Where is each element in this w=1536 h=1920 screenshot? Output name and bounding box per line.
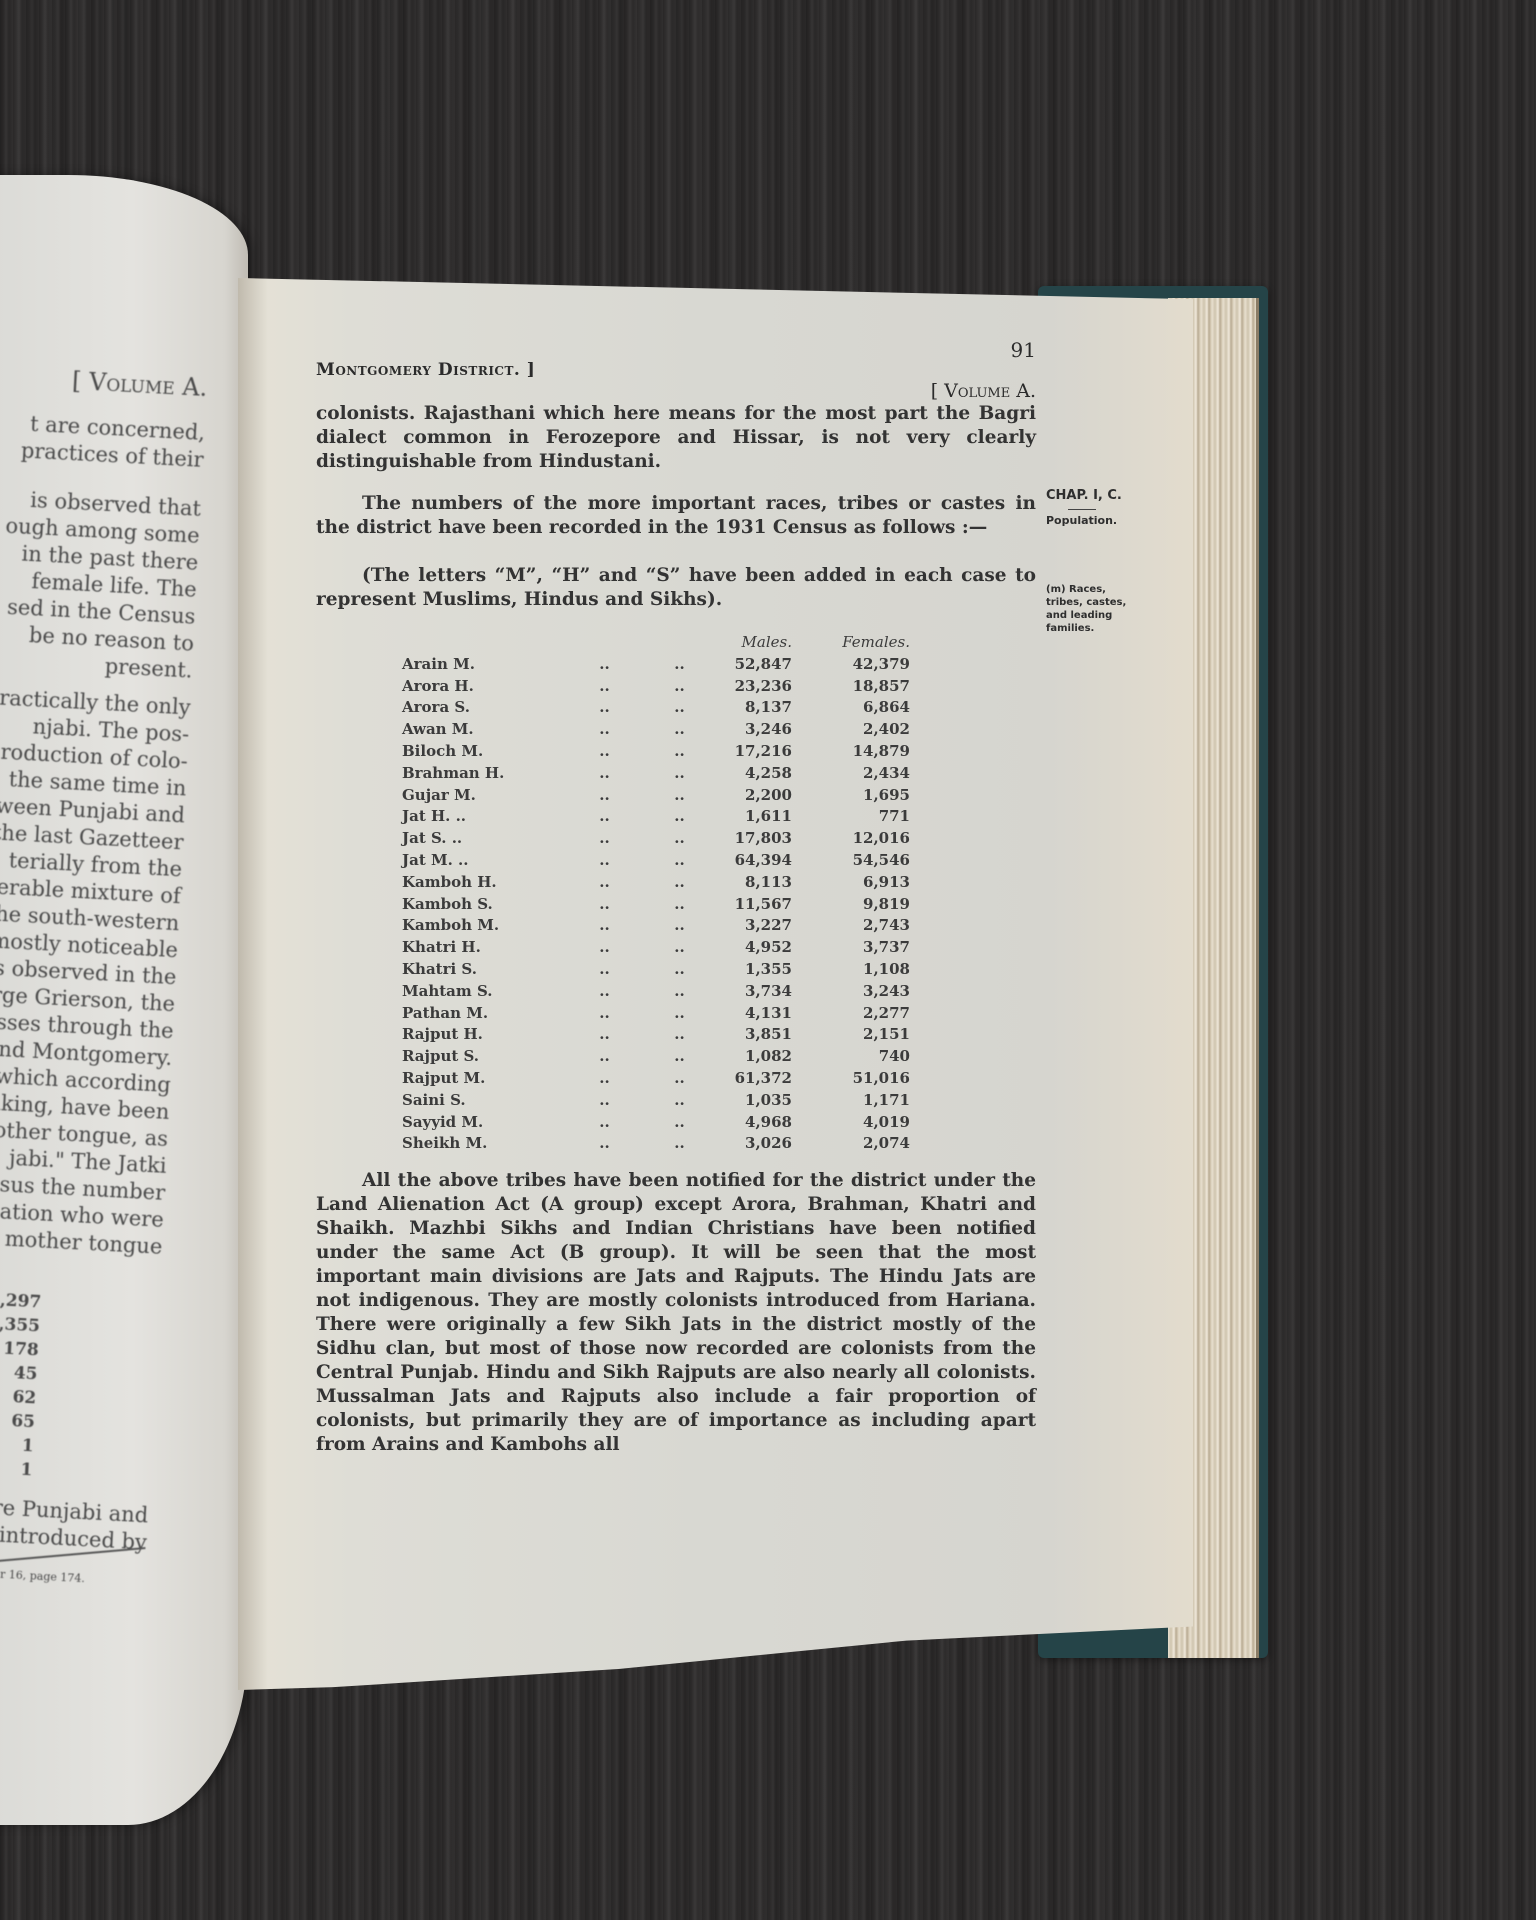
table-row: Rajput S. .. .. 1,082 740 (402, 1046, 922, 1068)
leader-dots: .. (552, 959, 657, 981)
females-count: 771 (792, 806, 910, 828)
spine-shadow (238, 278, 268, 1690)
females-count: 51,016 (792, 1068, 910, 1090)
leader-dots: .. (657, 1090, 702, 1112)
females-count: 2,402 (792, 719, 910, 741)
males-count: 3,246 (702, 719, 792, 741)
leader-dots: .. (657, 763, 702, 785)
leader-dots: .. (657, 1133, 702, 1155)
tribe-name: Kamboh M. (402, 915, 552, 937)
males-count: 8,113 (702, 872, 792, 894)
leader-dots: .. (552, 1068, 657, 1090)
tribe-name: Jat S. .. (402, 828, 552, 850)
males-count: 17,216 (702, 741, 792, 763)
leader-dots: .. (552, 850, 657, 872)
page-content: 91 Montgomery District. ] [ Volume A. co… (316, 338, 1036, 1457)
section-label: Population. (1046, 514, 1122, 527)
females-count: 1,108 (792, 959, 910, 981)
females-count: 18,857 (792, 676, 910, 698)
leader-dots: .. (657, 915, 702, 937)
males-count: 1,355 (702, 959, 792, 981)
leader-dots: .. (552, 981, 657, 1003)
header-females: Females. (792, 632, 910, 654)
leader-dots: .. (657, 828, 702, 850)
table-row: Pathan M. .. .. 4,131 2,277 (402, 1003, 922, 1025)
leader-dots: .. (552, 872, 657, 894)
females-count: 42,379 (792, 654, 910, 676)
leader-dots: .. (657, 959, 702, 981)
table-row: Arora S. .. .. 8,137 6,864 (402, 697, 922, 719)
leader-dots: .. (657, 850, 702, 872)
tribe-name: Rajput S. (402, 1046, 552, 1068)
leader-dots: .. (657, 1003, 702, 1025)
table-row: Arain M. .. .. 52,847 42,379 (402, 654, 922, 676)
table-row: Kamboh S. .. .. 11,567 9,819 (402, 894, 922, 916)
tribe-name: Jat H. .. (402, 806, 552, 828)
margin-rule (1068, 509, 1096, 510)
tribe-name: Gujar M. (402, 785, 552, 807)
table-row: Kamboh M. .. .. 3,227 2,743 (402, 915, 922, 937)
females-count: 6,864 (792, 697, 910, 719)
males-count: 3,227 (702, 915, 792, 937)
tribe-name: Brahman H. (402, 763, 552, 785)
males-count: 3,851 (702, 1024, 792, 1046)
table-row: Biloch M. .. .. 17,216 14,879 (402, 741, 922, 763)
open-book-right: 91 Montgomery District. ] [ Volume A. co… (238, 278, 1268, 1708)
leader-dots: .. (552, 697, 657, 719)
leader-dots: .. (552, 676, 657, 698)
tribe-name: Rajput M. (402, 1068, 552, 1090)
paragraph-2: The numbers of the more important races,… (316, 492, 1036, 540)
leader-dots: .. (552, 1024, 657, 1046)
table-row: Jat S. .. .. .. 17,803 12,016 (402, 828, 922, 850)
table-row: Gujar M. .. .. 2,200 1,695 (402, 785, 922, 807)
paragraph-1: colonists. Rajasthani which here means f… (316, 402, 1036, 474)
leader-dots: .. (657, 806, 702, 828)
table-row: Mahtam S. .. .. 3,734 3,243 (402, 981, 922, 1003)
males-count: 4,131 (702, 1003, 792, 1025)
tribe-name: Pathan M. (402, 1003, 552, 1025)
left-number: 4,297 (0, 1284, 42, 1314)
females-count: 740 (792, 1046, 910, 1068)
leader-dots: .. (552, 741, 657, 763)
females-count: 3,737 (792, 937, 910, 959)
leader-dots: .. (657, 981, 702, 1003)
males-count: 4,258 (702, 763, 792, 785)
table-row: Awan M. .. .. 3,246 2,402 (402, 719, 922, 741)
leader-dots: .. (657, 937, 702, 959)
leader-dots: .. (552, 806, 657, 828)
tribe-name: Arora H. (402, 676, 552, 698)
leader-dots: .. (657, 741, 702, 763)
left-number-column: 4,297 5,355 178 45 62 65 1 1 (0, 1284, 160, 1488)
leader-dots: .. (657, 1046, 702, 1068)
right-page: 91 Montgomery District. ] [ Volume A. co… (238, 278, 1193, 1690)
tribe-name: Awan M. (402, 719, 552, 741)
leader-dots: .. (657, 1112, 702, 1134)
leader-dots: .. (657, 654, 702, 676)
running-head-right: [ Volume A. (931, 380, 1036, 402)
tribe-name: Saini S. (402, 1090, 552, 1112)
table-body: Arain M. .. .. 52,847 42,379 Arora H. ..… (402, 654, 922, 1155)
females-count: 9,819 (792, 894, 910, 916)
table-row: Khatri S. .. .. 1,355 1,108 (402, 959, 922, 981)
table-row: Sayyid M. .. .. 4,968 4,019 (402, 1112, 922, 1134)
paragraph-3: (The letters “M”, “H” and “S” have been … (316, 564, 1036, 612)
males-count: 4,952 (702, 937, 792, 959)
table-row: Kamboh H. .. .. 8,113 6,913 (402, 872, 922, 894)
females-count: 2,277 (792, 1003, 910, 1025)
table-header: Males. Females. (402, 632, 922, 654)
leader-dots: .. (657, 785, 702, 807)
females-count: 1,695 (792, 785, 910, 807)
tribe-name: Khatri H. (402, 937, 552, 959)
tribe-name: Sheikh M. (402, 1133, 552, 1155)
leader-dots: .. (657, 719, 702, 741)
running-head-left: Montgomery District. ] (316, 360, 535, 380)
table-row: Arora H. .. .. 23,236 18,857 (402, 676, 922, 698)
leader-dots: .. (552, 763, 657, 785)
tribe-name: Arora S. (402, 697, 552, 719)
females-count: 6,913 (792, 872, 910, 894)
tribe-name: Rajput H. (402, 1024, 552, 1046)
males-count: 11,567 (702, 894, 792, 916)
left-footnote: ter 16, page 174. (0, 1556, 145, 1596)
left-page: [ Volume A. t are concerned, practices o… (0, 175, 248, 1825)
table-row: Jat M. .. .. .. 64,394 54,546 (402, 850, 922, 872)
running-head: 91 Montgomery District. ] [ Volume A. (316, 338, 1036, 402)
females-count: 4,019 (792, 1112, 910, 1134)
females-count: 3,243 (792, 981, 910, 1003)
tribe-name: Biloch M. (402, 741, 552, 763)
males-count: 3,734 (702, 981, 792, 1003)
females-count: 12,016 (792, 828, 910, 850)
males-count: 23,236 (702, 676, 792, 698)
leader-dots: .. (552, 785, 657, 807)
leader-dots: .. (552, 1090, 657, 1112)
table-row: Sheikh M. .. .. 3,026 2,074 (402, 1133, 922, 1155)
males-count: 17,803 (702, 828, 792, 850)
females-count: 2,151 (792, 1024, 910, 1046)
leader-dots: .. (552, 1133, 657, 1155)
table-row: Rajput H. .. .. 3,851 2,151 (402, 1024, 922, 1046)
leader-dots: .. (657, 872, 702, 894)
leader-dots: .. (657, 894, 702, 916)
males-count: 64,394 (702, 850, 792, 872)
census-table: Males. Females. Arain M. .. .. 52,847 42… (402, 632, 922, 1155)
females-count: 14,879 (792, 741, 910, 763)
tribe-name: Jat M. .. (402, 850, 552, 872)
table-row: Khatri H. .. .. 4,952 3,737 (402, 937, 922, 959)
leader-dots: .. (552, 654, 657, 676)
leader-dots: .. (552, 937, 657, 959)
leader-dots: .. (552, 1046, 657, 1068)
page-number: 91 (1011, 338, 1036, 362)
margin-note-subsection: (m) Races, tribes, castes, and leading f… (1046, 583, 1136, 635)
tribe-name: Khatri S. (402, 959, 552, 981)
males-count: 2,200 (702, 785, 792, 807)
leader-dots: .. (552, 894, 657, 916)
males-count: 52,847 (702, 654, 792, 676)
chapter-label: CHAP. I, C. (1046, 488, 1122, 503)
males-count: 4,968 (702, 1112, 792, 1134)
table-row: Rajput M. .. .. 61,372 51,016 (402, 1068, 922, 1090)
females-count: 2,743 (792, 915, 910, 937)
males-count: 61,372 (702, 1068, 792, 1090)
leader-dots: .. (552, 719, 657, 741)
paragraph-4: All the above tribes have been notified … (316, 1169, 1036, 1457)
header-males: Males. (702, 632, 792, 654)
leader-dots: .. (552, 828, 657, 850)
males-count: 1,611 (702, 806, 792, 828)
left-running-head: [ Volume A. (0, 362, 208, 402)
males-count: 8,137 (702, 697, 792, 719)
table-row: Brahman H. .. .. 4,258 2,434 (402, 763, 922, 785)
males-count: 1,035 (702, 1090, 792, 1112)
margin-note-chapter: CHAP. I, C. Population. (1046, 488, 1122, 527)
tribe-name: Mahtam S. (402, 981, 552, 1003)
leader-dots: .. (552, 1112, 657, 1134)
tribe-name: Sayyid M. (402, 1112, 552, 1134)
leader-dots: .. (657, 1068, 702, 1090)
males-count: 3,026 (702, 1133, 792, 1155)
table-row: Jat H. .. .. .. 1,611 771 (402, 806, 922, 828)
tribe-name: Kamboh S. (402, 894, 552, 916)
tribe-name: Kamboh H. (402, 872, 552, 894)
females-count: 2,074 (792, 1133, 910, 1155)
females-count: 1,171 (792, 1090, 910, 1112)
leader-dots: .. (657, 697, 702, 719)
females-count: 54,546 (792, 850, 910, 872)
leader-dots: .. (552, 1003, 657, 1025)
left-page-text: [ Volume A. t are concerned, practices o… (0, 362, 208, 1595)
leader-dots: .. (657, 676, 702, 698)
leader-dots: .. (657, 1024, 702, 1046)
females-count: 2,434 (792, 763, 910, 785)
table-row: Saini S. .. .. 1,035 1,171 (402, 1090, 922, 1112)
leader-dots: .. (552, 915, 657, 937)
males-count: 1,082 (702, 1046, 792, 1068)
tribe-name: Arain M. (402, 654, 552, 676)
